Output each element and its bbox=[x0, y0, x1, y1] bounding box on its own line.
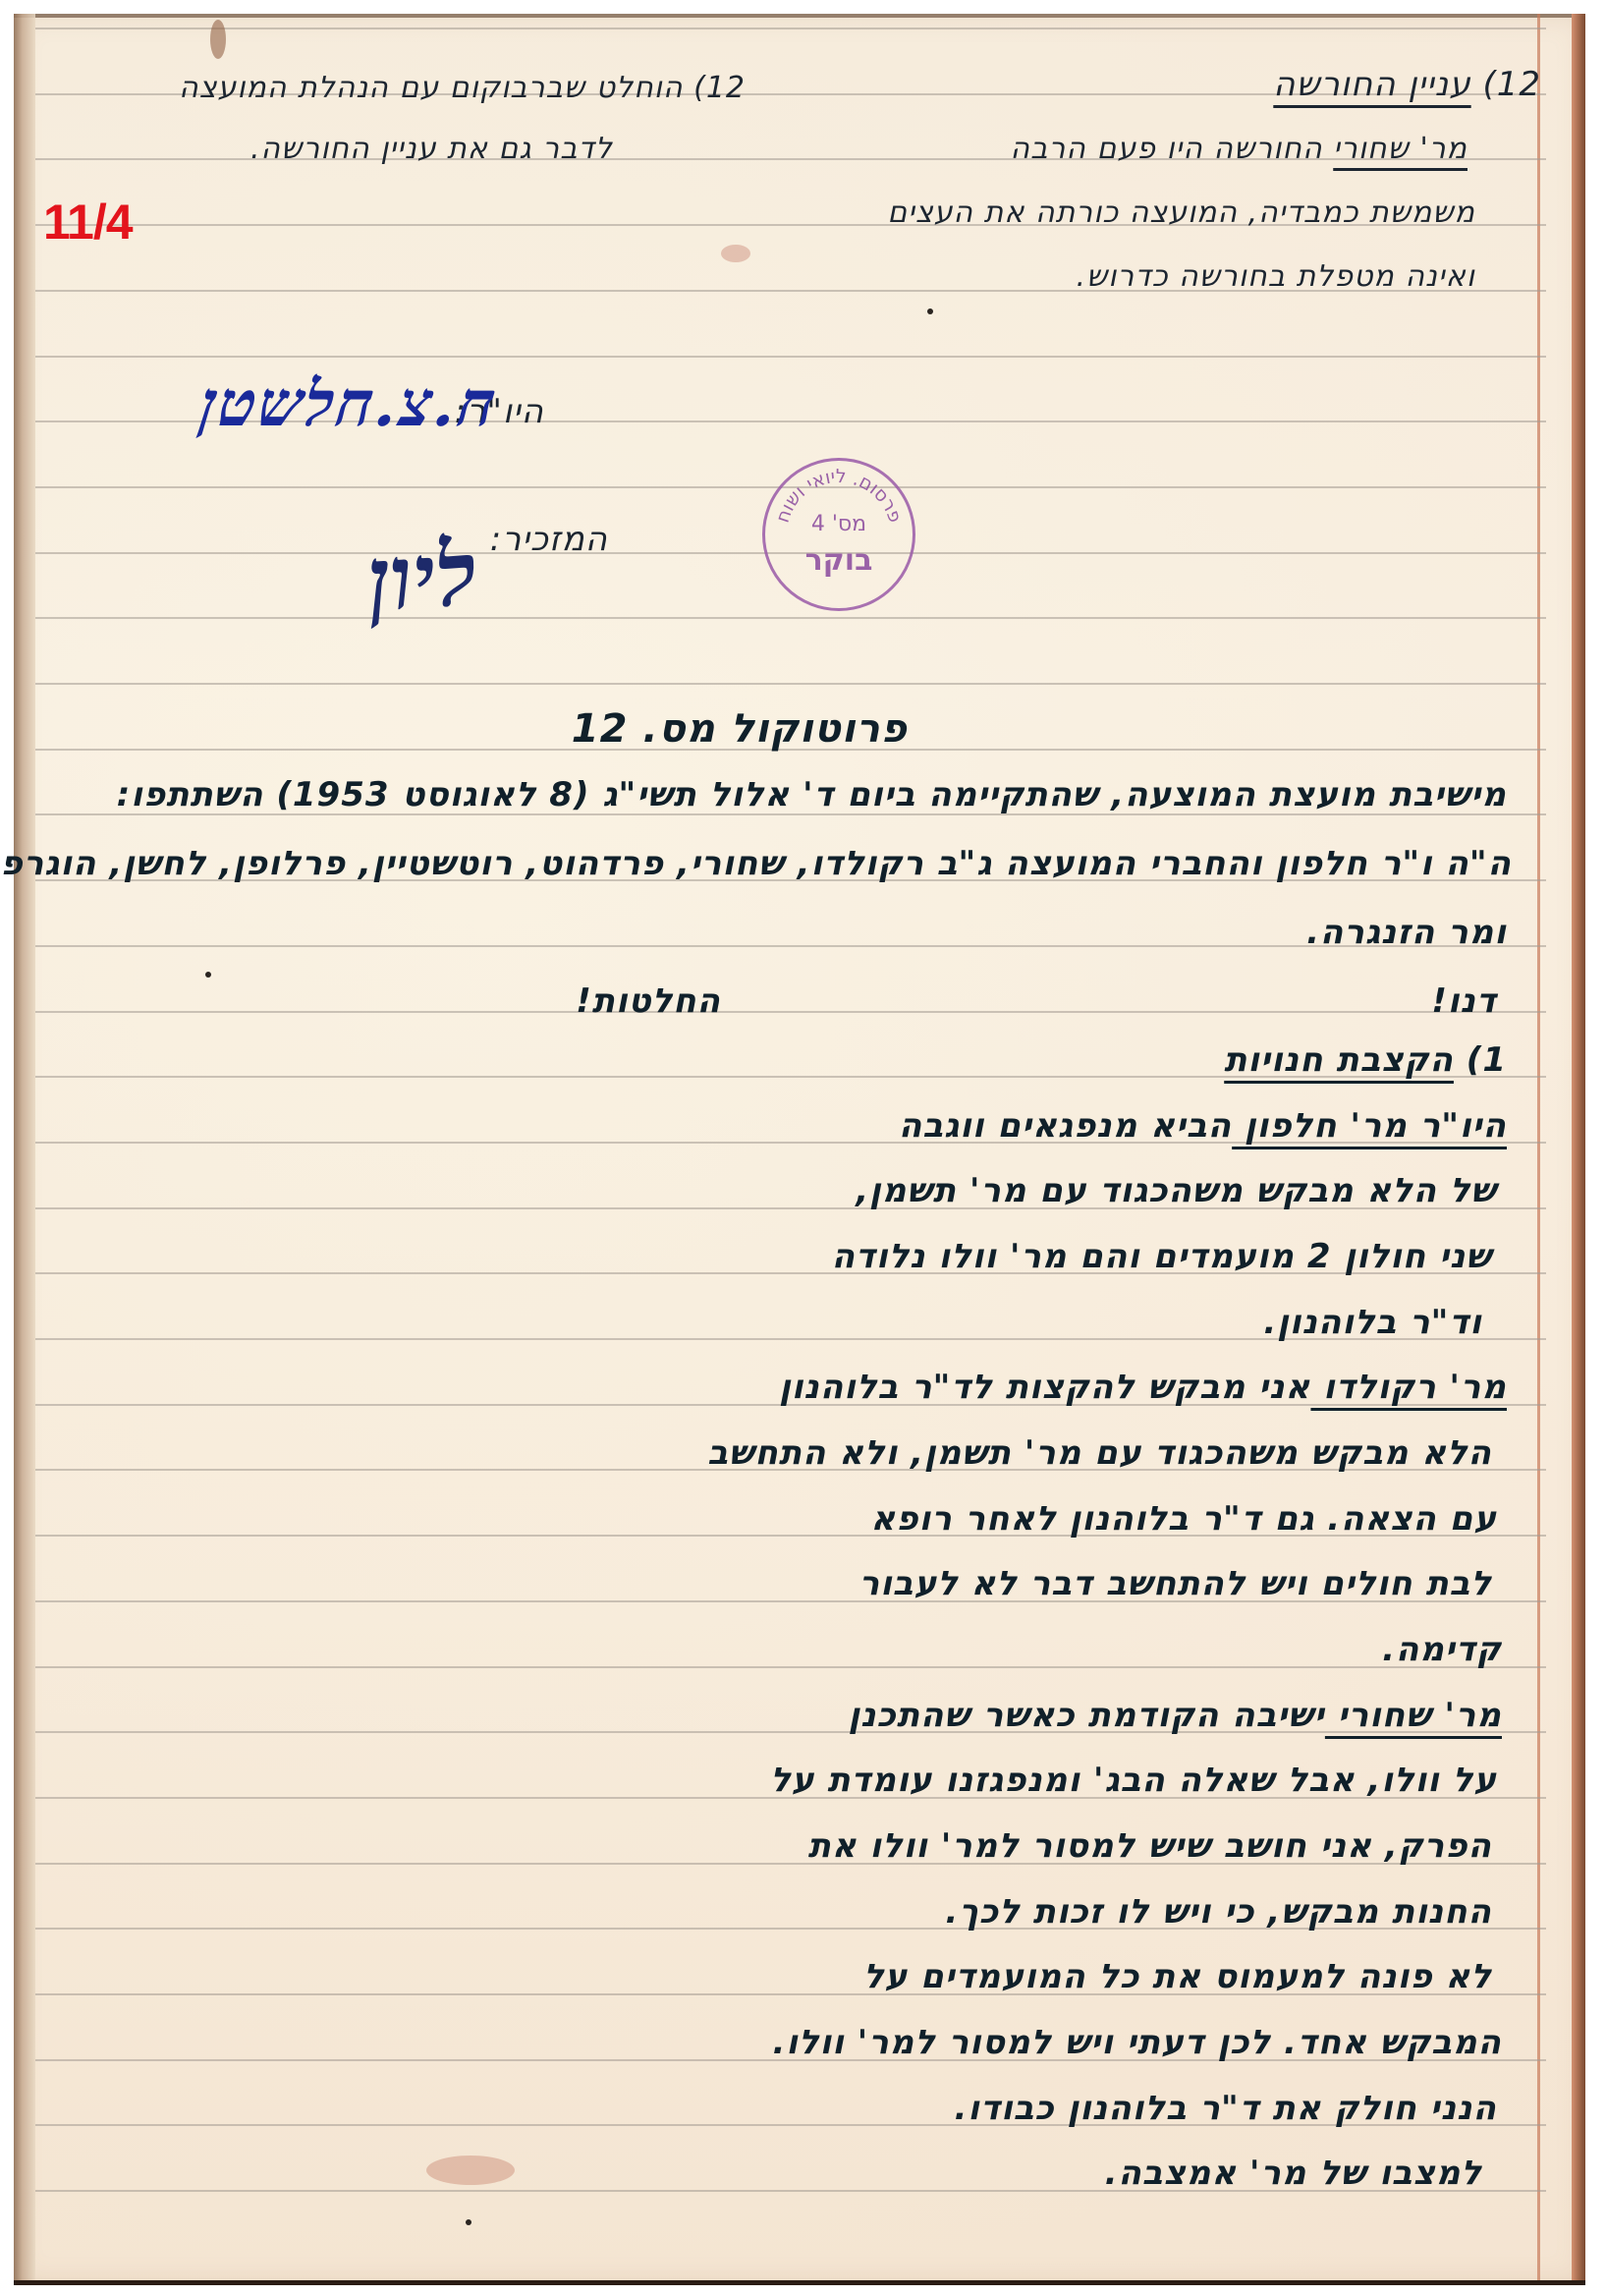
chairman-signature: ח.צ.חלשטן bbox=[195, 367, 503, 441]
ink-dot bbox=[927, 308, 933, 314]
page-top-edge bbox=[14, 14, 1585, 18]
line-text: לא פונה למעמוס את כל המועמדים על bbox=[863, 1957, 1492, 1996]
ruled-line bbox=[35, 356, 1546, 358]
agenda-item-title: הקצבת חנויות bbox=[1224, 1040, 1454, 1080]
protocol-body-line: קדימה. bbox=[1382, 1630, 1502, 1669]
line-text: לבת חולים ויש להתחשב דבר לא לעבור bbox=[859, 1564, 1492, 1603]
protocol-intro-line-2: ה"ה ו"ר חלפון והחברי המועצה ג"ב רקולדו, … bbox=[0, 844, 1512, 883]
item-number: 12) bbox=[1482, 65, 1541, 104]
ink-dot bbox=[205, 972, 211, 978]
binding-spine bbox=[14, 14, 35, 2285]
protocol-intro-line-1: מישיבת מועצת המוצעה, שהתקיימה ביום ד' אל… bbox=[117, 775, 1507, 814]
decisions-label: החלטות! bbox=[576, 981, 721, 1021]
paper-stain bbox=[210, 20, 226, 59]
line-text: עם הצאה. גם ד"ר בלוהנון לאחר רופא bbox=[871, 1499, 1497, 1539]
protocol-body-line: עם הצאה. גם ד"ר בלוהנון לאחר רופא bbox=[871, 1499, 1497, 1539]
right-entry-line-2: משמשת כמבדיה, המועצה כורתה את העצים bbox=[887, 196, 1475, 230]
line-text: על וולו, אבל שאלה הבג' ומנפגזנו עומדת על bbox=[770, 1761, 1497, 1800]
page-right-edge bbox=[1572, 14, 1585, 2285]
line-text: למצבו של מר' אמצבה. bbox=[1105, 2154, 1482, 2193]
line-text: החורשה היו פעם הרבה bbox=[1011, 132, 1323, 166]
ruled-line bbox=[35, 1666, 1546, 1668]
ruled-line bbox=[35, 28, 1546, 29]
left-entry-line-2: לדבר גם את עניין החורשה. bbox=[250, 132, 613, 166]
ruled-line bbox=[35, 1011, 1546, 1013]
line-text: החנות מבקש, כי ויש לו זכות לכך. bbox=[945, 1892, 1492, 1932]
margin-line bbox=[1537, 14, 1540, 2285]
stamp-place: בוקר bbox=[765, 543, 913, 578]
protocol-body-line: מר' שחורי ישיבה הקודמת כאשר שהתכנן bbox=[849, 1696, 1502, 1735]
protocol-body-line: למצבו של מר' אמצבה. bbox=[1105, 2154, 1482, 2193]
line-text: הלא מבקש משהכגוד עם מר' תשמן, ולא התחשב bbox=[707, 1433, 1492, 1473]
protocol-title: פרוטוקול מס. 12 bbox=[572, 706, 908, 752]
speaker-name: היו"ר מר' חלפון bbox=[1232, 1106, 1507, 1146]
agenda-item-1: 1) הקצבת חנויות bbox=[1224, 1040, 1507, 1080]
protocol-body-line: הפרק, אני חושב שיש למסור למר' וולו את bbox=[808, 1826, 1492, 1866]
line-text: המבקש אחד. לכן דעתי ויש למסור למר' וולו. bbox=[772, 2023, 1502, 2062]
agenda-label: דנו! bbox=[1431, 981, 1497, 1021]
paper-stain bbox=[721, 245, 750, 262]
speaker-name: מר' שחורי bbox=[1333, 132, 1468, 166]
stamp-number: 4 'מס bbox=[765, 512, 913, 536]
protocol-intro-line-3: ומר הזנגרה. bbox=[1306, 913, 1507, 952]
section-heading: עניין החורשה bbox=[1273, 65, 1470, 104]
speaker-name: מר' רקולדו bbox=[1310, 1368, 1507, 1407]
archive-page-label: 11/4 bbox=[43, 194, 133, 251]
protocol-body-line: היו"ר מר' חלפון הביא מנפגאים ווגבה bbox=[899, 1106, 1507, 1146]
agenda-item-number: 1) bbox=[1467, 1040, 1507, 1080]
right-entry-line-3: ואינה מטפלת בחורשה כדרוש. bbox=[1076, 259, 1475, 294]
protocol-body-line: מר' רקולדו אני מבקש להקצות לד"ר בלוהנון bbox=[779, 1368, 1507, 1407]
line-text: הביא מנפגאים ווגבה bbox=[899, 1106, 1232, 1146]
protocol-body-line: לבת חולים ויש להתחשב דבר לא לעבור bbox=[859, 1564, 1492, 1603]
right-entry-heading: 12) עניין החורשה bbox=[1273, 65, 1541, 104]
secretary-label: המזכיר: bbox=[490, 520, 608, 559]
protocol-body-line: וד"ר בלוהנון. bbox=[1263, 1303, 1482, 1342]
line-text: שני חולון 2 מועמדים והם מר' וולו נלודה bbox=[832, 1237, 1492, 1276]
secretary-signature: ליון bbox=[363, 521, 480, 633]
protocol-body-line: לא פונה למעמוס את כל המועמדים על bbox=[863, 1957, 1492, 1996]
protocol-body-line: המבקש אחד. לכן דעתי ויש למסור למר' וולו. bbox=[772, 2023, 1502, 2062]
line-text: קדימה. bbox=[1382, 1630, 1502, 1669]
ruled-line bbox=[35, 617, 1546, 619]
protocol-body-line: הלא מבקש משהכגוד עם מר' תשמן, ולא התחשב bbox=[707, 1433, 1492, 1473]
line-text: הנני חולק את ד"ר בלוהנון כבודו. bbox=[955, 2089, 1497, 2128]
right-entry-line-1: מר' שחורי החורשה היו פעם הרבה bbox=[1011, 132, 1468, 166]
line-text: הפרק, אני חושב שיש למסור למר' וולו את bbox=[808, 1826, 1492, 1866]
line-text: של הלא מבקש משהכגוד עם מר' תשמן, bbox=[856, 1171, 1497, 1210]
line-text: וד"ר בלוהנון. bbox=[1263, 1303, 1482, 1342]
protocol-body-line: על וולו, אבל שאלה הבג' ומנפגזנו עומדת על bbox=[770, 1761, 1497, 1800]
speaker-name: מר' שחורי bbox=[1325, 1696, 1502, 1735]
notebook-page: 11/4 12) הוחלט שברבוקום עם הנהלת המועצה … bbox=[14, 14, 1585, 2285]
official-stamp: פרסום. ליואי ושוח 4 'מס בוקר bbox=[762, 458, 915, 611]
ink-dot bbox=[466, 2219, 471, 2225]
protocol-body-line: החנות מבקש, כי ויש לו זכות לכך. bbox=[945, 1892, 1492, 1932]
protocol-body-line: שני חולון 2 מועמדים והם מר' וולו נלודה bbox=[832, 1237, 1492, 1276]
protocol-body-line: הנני חולק את ד"ר בלוהנון כבודו. bbox=[955, 2089, 1497, 2128]
ruled-line bbox=[35, 683, 1546, 685]
line-text: ישיבה הקודמת כאשר שהתכנן bbox=[849, 1696, 1325, 1735]
left-entry-line-1: 12) הוחלט שברבוקום עם הנהלת המועצה bbox=[179, 71, 746, 105]
paper-stain bbox=[426, 2156, 515, 2185]
page-bottom-edge bbox=[14, 2280, 1585, 2285]
line-text: אני מבקש להקצות לד"ר בלוהנון bbox=[779, 1368, 1310, 1407]
protocol-body-line: של הלא מבקש משהכגוד עם מר' תשמן, bbox=[856, 1171, 1497, 1210]
